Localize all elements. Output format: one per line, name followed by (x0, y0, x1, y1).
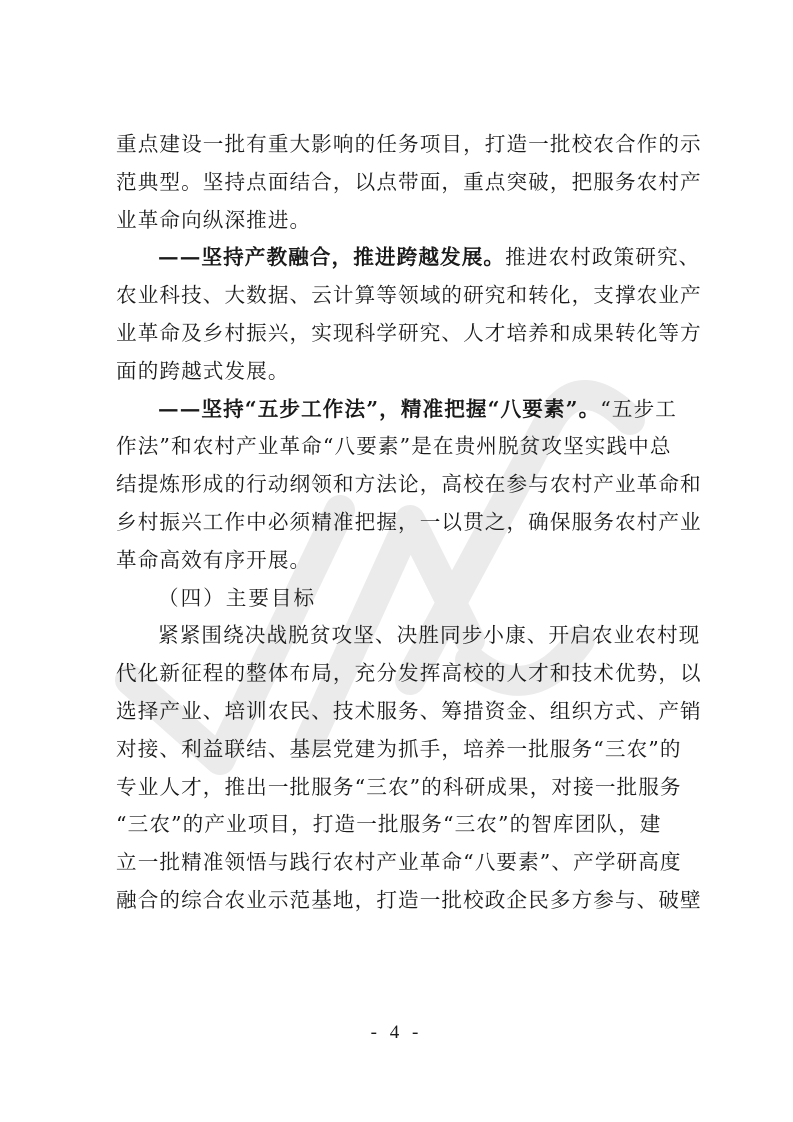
section-heading: （四）主要目标 (116, 580, 681, 618)
document-page: 重点建设一批有重大影响的任务项目，打造一批校农合作的示 范典型。坚持点面结合，以… (0, 0, 793, 1122)
line-rest: “五步工 (600, 397, 677, 421)
text-line: “三农”的产业项目，打造一批服务“三农”的智库团队，建 (116, 806, 681, 844)
paragraph-4: 紧紧围绕决战脱贫攻坚、决胜同步小康、开启农业农村现 代化新征程的整体布局，充分发… (116, 617, 681, 919)
bold-lead: ——坚持“五步工作法”，精准把握“八要素”。 (158, 397, 600, 421)
text-line: 融合的综合农业示范基地，打造一批校政企民多方参与、破壁 (116, 882, 681, 920)
text-line: 作法”和农村产业革命“八要素”是在贵州脱贫攻坚实践中总 (116, 428, 681, 466)
text-line: 革命高效有序开展。 (116, 542, 681, 580)
page-number: - 4 - (0, 1022, 793, 1044)
paragraph-3: ——坚持“五步工作法”，精准把握“八要素”。“五步工 作法”和农村产业革命“八要… (116, 391, 681, 580)
text-line: 专业人才，推出一批服务“三农”的科研成果，对接一批服务 (116, 769, 681, 807)
text-line: 乡村振兴工作中必须精准把握，一以贯之，确保服务农村产业 (116, 504, 681, 542)
text-line: ——坚持“五步工作法”，精准把握“八要素”。“五步工 (116, 391, 681, 429)
text-line: ——坚持产教融合，推进跨越发展。推进农村政策研究、 (116, 239, 681, 277)
text-line: 紧紧围绕决战脱贫攻坚、决胜同步小康、开启农业农村现 (116, 617, 681, 655)
text-line: 立一批精准领悟与践行农村产业革命“八要素”、产学研高度 (116, 844, 681, 882)
line-rest: 推进农村政策研究、 (505, 245, 700, 269)
bold-lead: ——坚持产教融合，推进跨越发展。 (158, 245, 505, 269)
paragraph-2: ——坚持产教融合，推进跨越发展。推进农村政策研究、 农业科技、大数据、云计算等领… (116, 239, 681, 390)
text-line: 范典型。坚持点面结合，以点带面，重点突破，把服务农村产 (116, 164, 681, 202)
text-line: 业革命向纵深推进。 (116, 202, 681, 240)
text-line: 农业科技、大数据、云计算等领域的研究和转化，支撑农业产 (116, 277, 681, 315)
text-line: 重点建设一批有重大影响的任务项目，打造一批校农合作的示 (116, 126, 681, 164)
text-line: 结提炼形成的行动纲领和方法论，高校在参与农村产业革命和 (116, 466, 681, 504)
paragraph-1: 重点建设一批有重大影响的任务项目，打造一批校农合作的示 范典型。坚持点面结合，以… (116, 126, 681, 239)
text-line: 代化新征程的整体布局，充分发挥高校的人才和技术优势，以 (116, 655, 681, 693)
text-line: 业革命及乡村振兴，实现科学研究、人才培养和成果转化等方 (116, 315, 681, 353)
text-line: 对接、利益联结、基层党建为抓手，培养一批服务“三农”的 (116, 731, 681, 769)
text-line: 面的跨越式发展。 (116, 353, 681, 391)
text-line: 选择产业、培训农民、技术服务、筹措资金、组织方式、产销 (116, 693, 681, 731)
document-body: 重点建设一批有重大影响的任务项目，打造一批校农合作的示 范典型。坚持点面结合，以… (116, 126, 681, 920)
